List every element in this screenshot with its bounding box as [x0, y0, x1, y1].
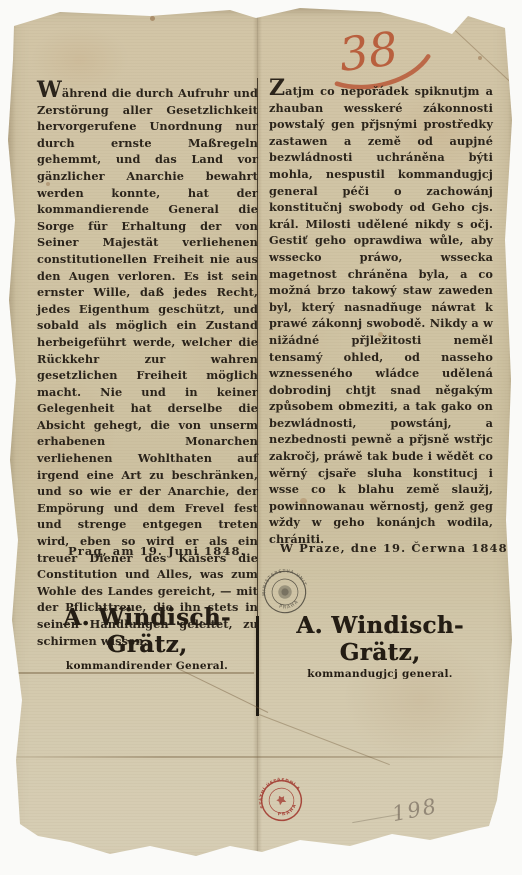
scan-background: 38 Während die durch Aufruhr und Zerstör… [0, 0, 522, 875]
czech-signature-block: A. Windisch-Grätz, kommandugjcj general. [270, 612, 490, 680]
czech-signature-name: A. Windisch-Grätz, [270, 612, 490, 666]
german-signature-name: A. Windisch-Grätz, [38, 604, 256, 658]
document-paper: 38 Während die durch Aufruhr und Zerstör… [0, 0, 522, 875]
archive-stamp-text-bottom: PRAHA [275, 800, 301, 821]
czech-signature-title: kommandugjcj general. [270, 668, 490, 680]
handwritten-number-pencil: 198 [390, 794, 440, 826]
left-fold-crease [16, 672, 254, 674]
czech-text-column: Zatjm co nepořádek spiknutjm a zhauban w… [269, 80, 493, 548]
svg-text:PRAHA: PRAHA [275, 800, 301, 821]
german-signature-title: kommandirender General. [38, 660, 256, 672]
german-text-column: Während die durch Aufruhr und Zerstörung… [37, 82, 258, 649]
czech-dateline: W Praze, dne 19. Čerwna 1848. [280, 541, 513, 555]
red-number-text: 38 [336, 21, 401, 82]
german-signature-block: A. Windisch-Grätz, kommandirender Genera… [38, 604, 256, 672]
corner-fold-crease [438, 14, 519, 90]
archive-stamp-emblem [275, 794, 287, 806]
paper-stain [150, 16, 155, 21]
svg-text:PRAHA: PRAHA [277, 597, 302, 613]
horizontal-fold-crease [14, 756, 508, 758]
library-stamp-text-bottom: PRAHA [277, 597, 302, 613]
german-dateline: Prag, am 19. Juni 1848. [68, 544, 246, 558]
